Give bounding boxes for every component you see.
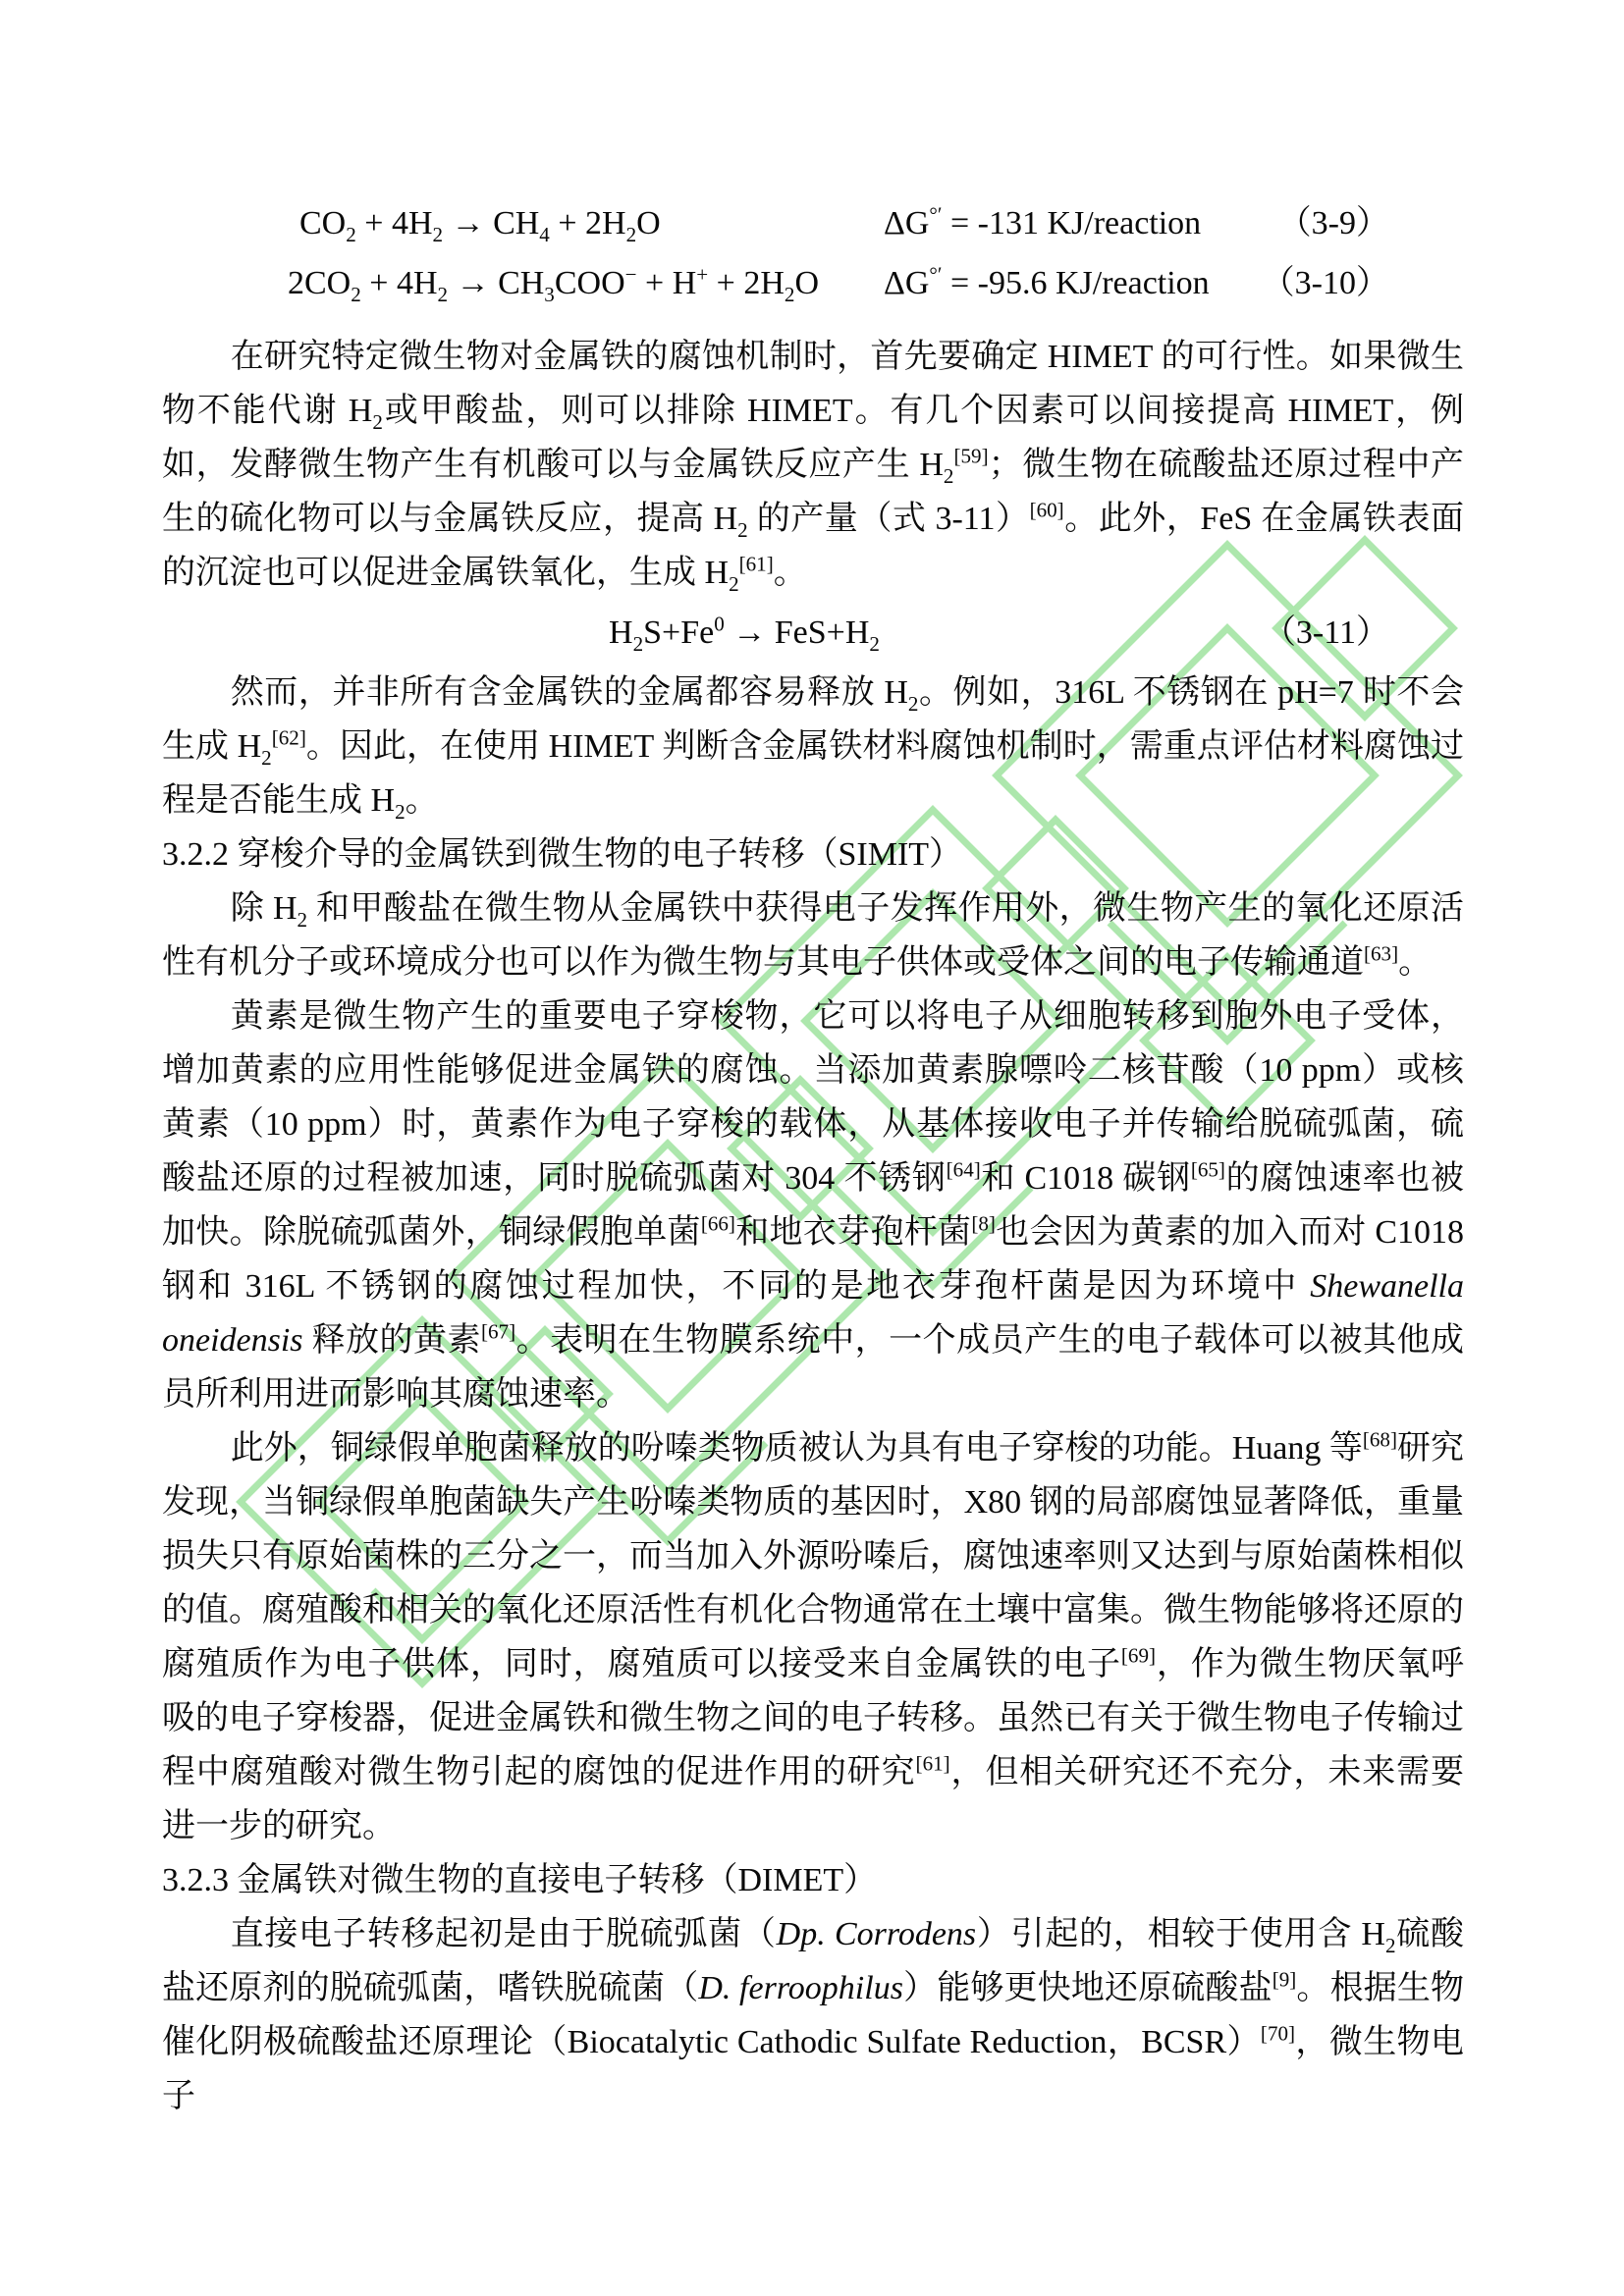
equation-3-10: 2CO2 + 4H2 → CH3COO− + H+ + 2H2O ΔG°′ = …	[162, 256, 1464, 310]
equation-formula: CO2 + 4H2 → CH4 + 2H2O	[299, 196, 661, 250]
equation-number: （3-9）	[1278, 196, 1389, 250]
paragraph-electron-channel: 除 H2 和甲酸盐在微生物从金属铁中获得电子发挥作用外，微生物产生的氧化还原活性…	[162, 881, 1464, 989]
equation-formula: H2S+Fe0 → FeS+H2	[609, 606, 880, 660]
paragraph-dimet: 直接电子转移起初是由于脱硫弧菌（Dp. Corrodens）引起的，相较于使用含…	[162, 1907, 1464, 2123]
paragraph-flavin: 黄素是微生物产生的重要电子穿梭物，它可以将电子从细胞转移到胞外电子受体，增加黄素…	[162, 989, 1464, 1421]
page-content: CO2 + 4H2 → CH4 + 2H2O ΔG°′ = -131 KJ/re…	[162, 196, 1464, 2123]
equation-number: （3-11）	[1263, 606, 1389, 660]
paragraph-phenazine-humic: 此外，铜绿假单胞菌释放的吩嗪类物质被认为具有电子穿梭的功能。Huang 等[68…	[162, 1421, 1464, 1853]
equation-formula: 2CO2 + 4H2 → CH3COO− + H+ + 2H2O	[288, 256, 819, 310]
equation-number: （3-10）	[1262, 256, 1389, 310]
document-page: CO2 + 4H2 → CH4 + 2H2O ΔG°′ = -131 KJ/re…	[0, 0, 1624, 2296]
equation-3-9: CO2 + 4H2 → CH4 + 2H2O ΔG°′ = -131 KJ/re…	[162, 196, 1464, 250]
section-heading-3-2-3: 3.2.3 金属铁对微生物的直接电子转移（DIMET）	[162, 1853, 1464, 1907]
equation-3-11: H2S+Fe0 → FeS+H2 （3-11）	[162, 606, 1464, 660]
paragraph-himet-feasibility: 在研究特定微生物对金属铁的腐蚀机制时，首先要确定 HIMET 的可行性。如果微生…	[162, 330, 1464, 600]
equation-gibbs-energy: ΔG°′ = -131 KJ/reaction	[884, 196, 1201, 250]
section-heading-3-2-2: 3.2.2 穿梭介导的金属铁到微生物的电子转移（SIMIT）	[162, 828, 1464, 881]
paragraph-h2-release: 然而，并非所有含金属铁的金属都容易释放 H2。例如，316L 不锈钢在 pH=7…	[162, 666, 1464, 828]
equation-gibbs-energy: ΔG°′ = -95.6 KJ/reaction	[884, 256, 1210, 310]
